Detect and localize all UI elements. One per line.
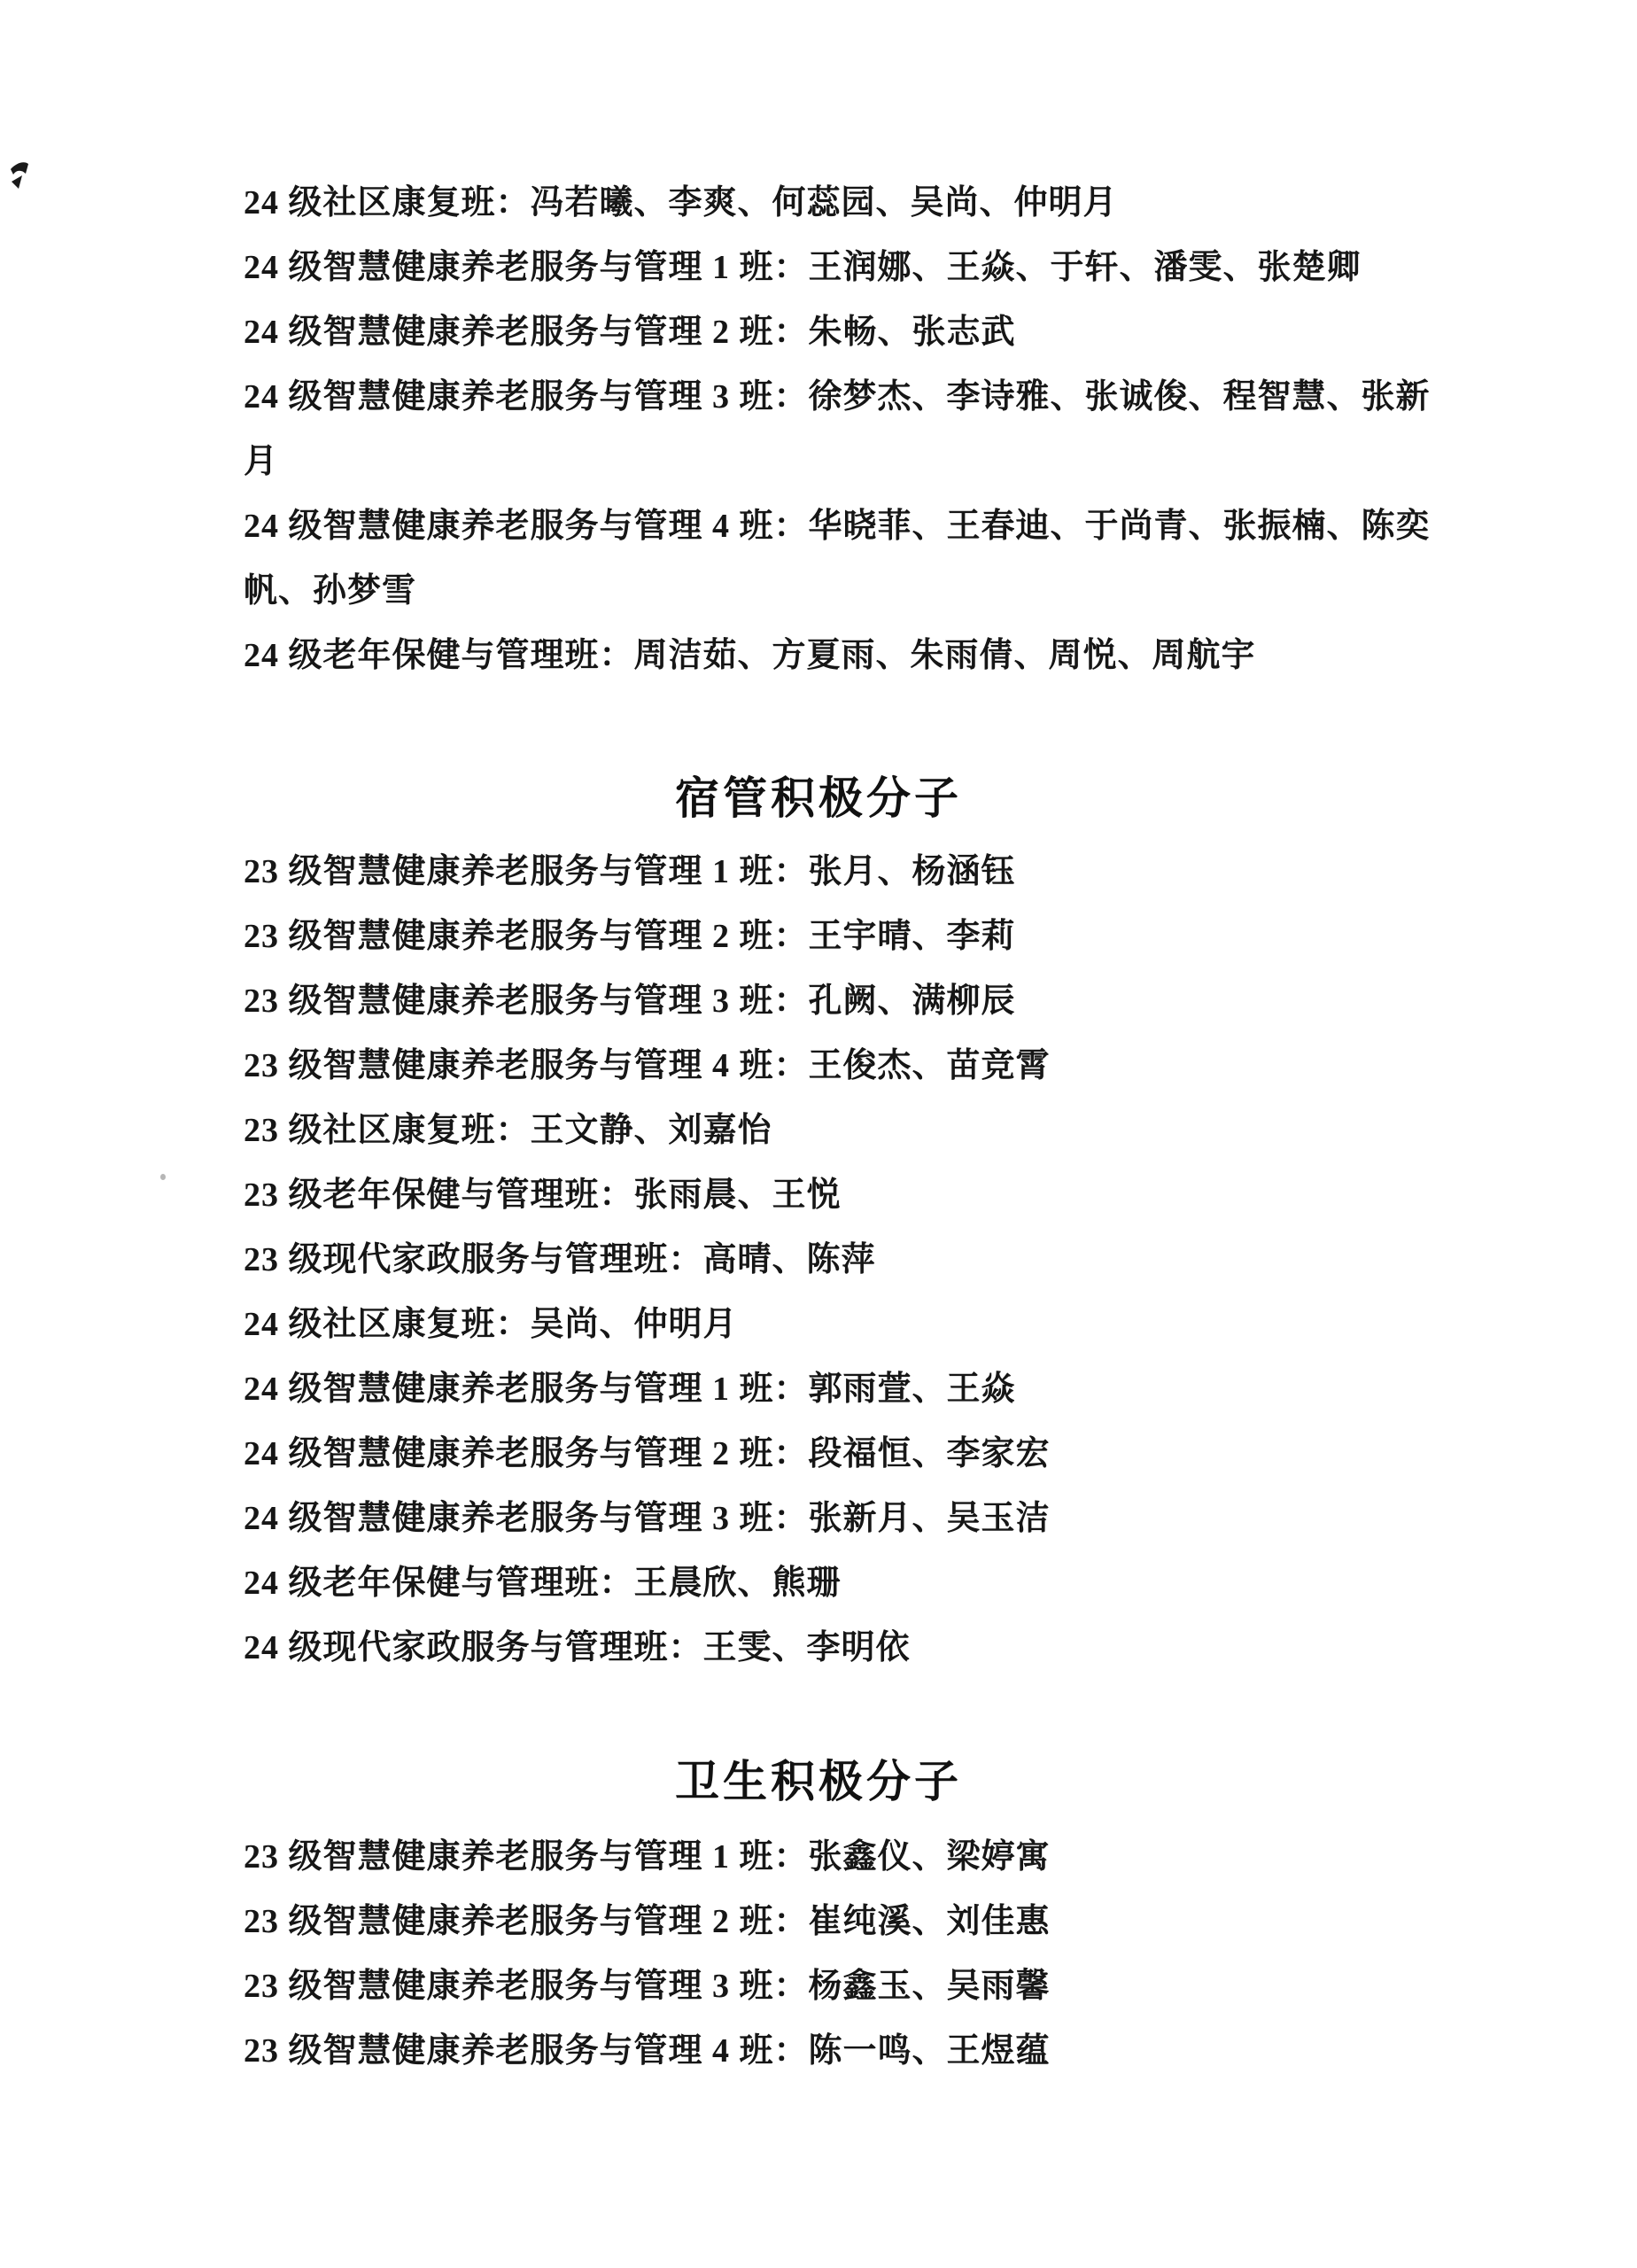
roster-line: 24 级智慧健康养老服务与管理 2 班：朱畅、张志武	[244, 300, 1566, 365]
roster-section-labor: 24 级社区康复班：冯若曦、李爽、何蕊园、吴尚、仲明月 24 级智慧健康养老服务…	[244, 171, 1566, 688]
roster-line: 23 级智慧健康养老服务与管理 2 班：崔纯溪、刘佳惠	[244, 1890, 1566, 1954]
section-heading-hygiene-activists: 卫生积极分子	[0, 1750, 1637, 1814]
roster-line: 24 级社区康复班：吴尚、仲明月	[244, 1293, 1566, 1357]
roster-line-wrap: 月	[244, 430, 1566, 494]
roster-section-dorm-activists: 23 级智慧健康养老服务与管理 1 班：张月、杨涵钰 23 级智慧健康养老服务与…	[244, 840, 1566, 1681]
roster-line: 24 级智慧健康养老服务与管理 3 班：张新月、吴玉洁	[244, 1487, 1566, 1551]
section-heading-dorm-activists: 宿管积极分子	[0, 766, 1637, 831]
roster-line: 24 级现代家政服务与管理班：王雯、李明依	[244, 1616, 1566, 1681]
roster-line-wrap: 帆、孙梦雪	[244, 559, 1566, 624]
roster-line: 23 级智慧健康养老服务与管理 4 班：王俊杰、苗竞霄	[244, 1034, 1566, 1099]
roster-line: 23 级智慧健康养老服务与管理 3 班：杨鑫玉、吴雨馨	[244, 1954, 1566, 2019]
roster-section-hygiene-activists: 23 级智慧健康养老服务与管理 1 班：张鑫仪、梁婷寓 23 级智慧健康养老服务…	[244, 1825, 1566, 2084]
roster-line: 23 级智慧健康养老服务与管理 1 班：张鑫仪、梁婷寓	[244, 1825, 1566, 1890]
roster-line: 24 级智慧健康养老服务与管理 2 班：段福恒、李家宏	[244, 1422, 1566, 1487]
roster-line: 23 级现代家政服务与管理班：高晴、陈萍	[244, 1228, 1566, 1293]
document-page: 24 级社区康复班：冯若曦、李爽、何蕊园、吴尚、仲明月 24 级智慧健康养老服务…	[0, 0, 1637, 2268]
roster-line: 24 级老年保健与管理班：周洁茹、方夏雨、朱雨倩、周悦、周航宇	[244, 624, 1566, 688]
scan-artifact-dot	[160, 1174, 166, 1180]
roster-line: 24 级智慧健康养老服务与管理 4 班：华晓菲、王春迪、于尚青、张振楠、陈奕	[244, 494, 1566, 559]
roster-line: 23 级智慧健康养老服务与管理 3 班：孔阙、满柳辰	[244, 969, 1566, 1034]
roster-document: 24 级社区康复班：冯若曦、李爽、何蕊园、吴尚、仲明月 24 级智慧健康养老服务…	[0, 0, 1637, 2084]
roster-line: 23 级智慧健康养老服务与管理 4 班：陈一鸣、王煜蕴	[244, 2019, 1566, 2084]
roster-line: 24 级智慧健康养老服务与管理 1 班：郭雨萱、王焱	[244, 1357, 1566, 1422]
roster-line: 23 级智慧健康养老服务与管理 1 班：张月、杨涵钰	[244, 840, 1566, 905]
roster-line: 23 级老年保健与管理班：张雨晨、王悦	[244, 1163, 1566, 1228]
roster-line: 24 级智慧健康养老服务与管理 1 班：王润娜、王焱、于轩、潘雯、张楚卿	[244, 236, 1566, 300]
roster-line: 24 级老年保健与管理班：王晨欣、熊珊	[244, 1551, 1566, 1616]
roster-line: 23 级社区康复班：王文静、刘嘉怡	[244, 1099, 1566, 1163]
roster-line: 24 级智慧健康养老服务与管理 3 班：徐梦杰、李诗雅、张诚俊、程智慧、张新	[244, 365, 1566, 430]
scan-artifact-mark	[7, 159, 32, 197]
roster-line: 24 级社区康复班：冯若曦、李爽、何蕊园、吴尚、仲明月	[244, 171, 1566, 236]
roster-line: 23 级智慧健康养老服务与管理 2 班：王宇晴、李莉	[244, 905, 1566, 969]
